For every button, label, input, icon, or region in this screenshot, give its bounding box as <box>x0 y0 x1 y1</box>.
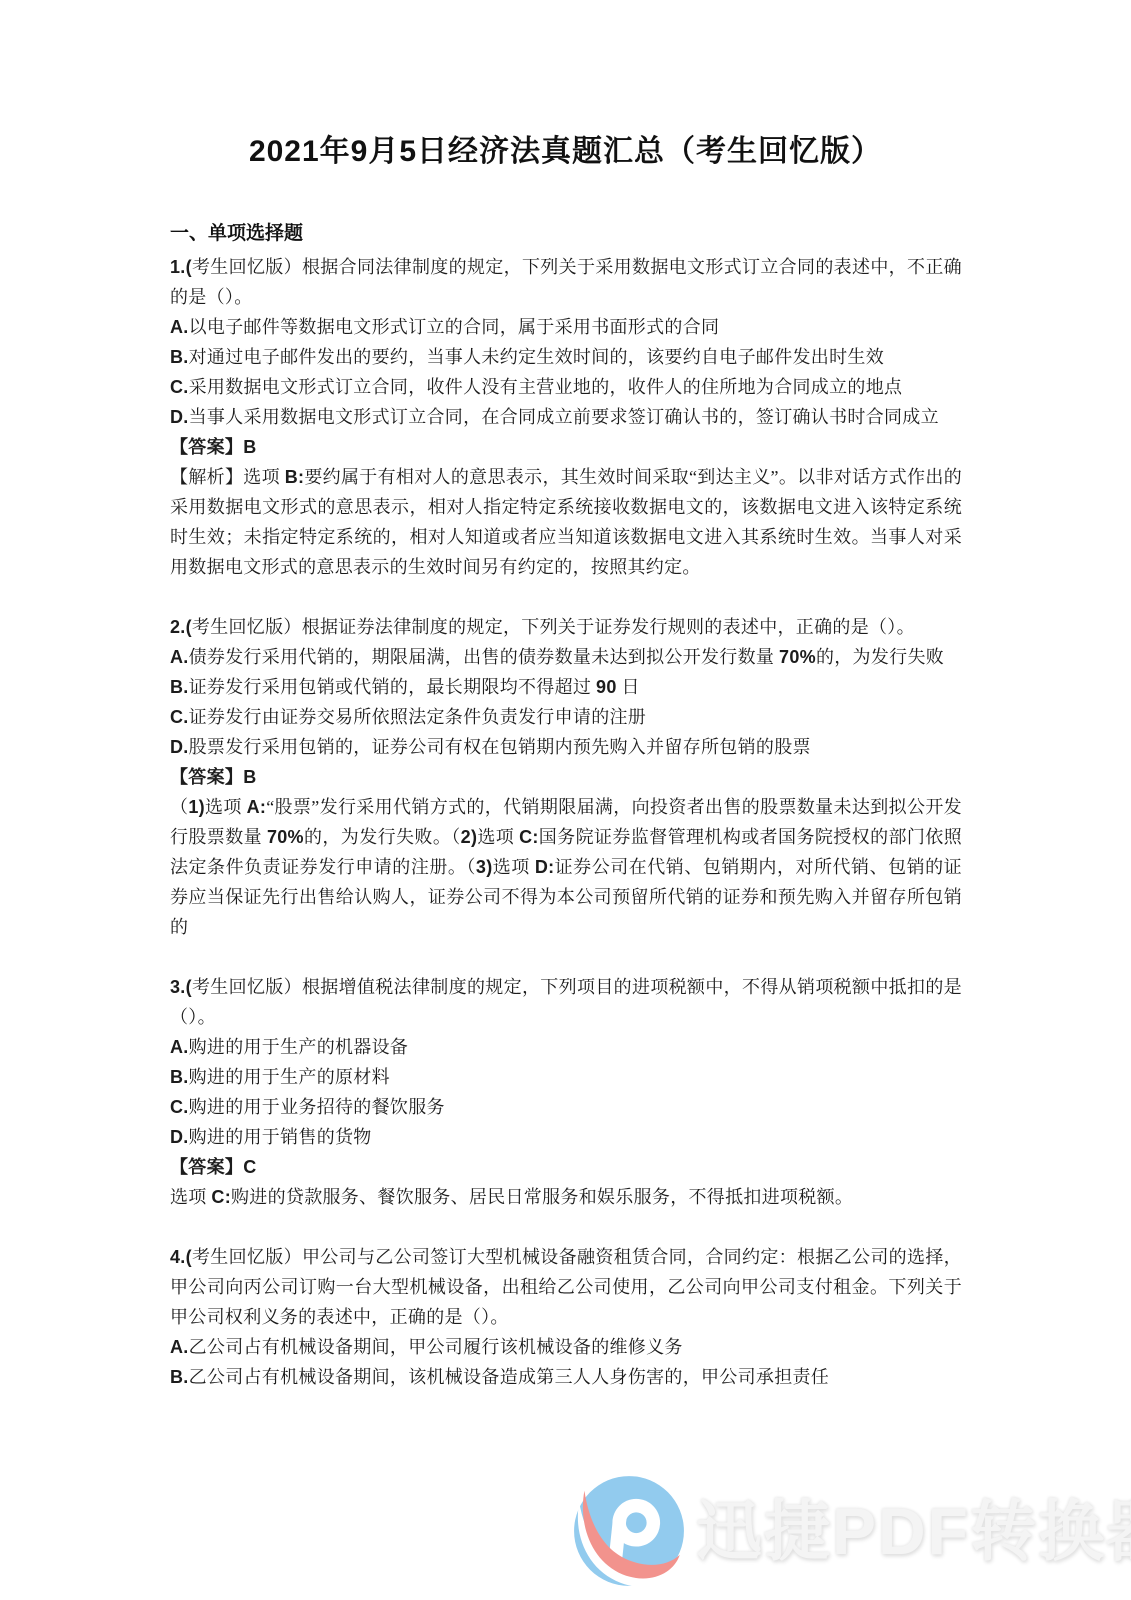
text-segment: A. <box>170 647 189 667</box>
question-3-option-c: C.购进的用于业务招待的餐饮服务 <box>170 1092 962 1122</box>
watermark: 迅捷PDF转换器 <box>572 1474 1131 1588</box>
question-4: 4.(考生回忆版）甲公司与乙公司签订大型机械设备融资租赁合同，合同约定：根据乙公… <box>170 1242 962 1392</box>
text-segment: 2) <box>461 827 478 847</box>
question-2-analysis: （1)选项 A:“股票”发行采用代销方式的，代销期限届满，向投资者出售的股票数量… <box>170 792 962 942</box>
text-segment: 【答案】B <box>170 767 257 787</box>
question-1-analysis: 【解析】选项 B:要约属于有相对人的意思表示，其生效时间采取“到达主义”。以非对… <box>170 462 962 582</box>
text-segment: 70% <box>779 647 816 667</box>
text-segment: 债券发行采用代销的，期限届满，出售的债券数量未达到拟公开发行数量 <box>189 647 779 667</box>
text-segment: 选项 <box>477 827 519 847</box>
text-segment: （ <box>170 797 188 817</box>
text-segment: 对通过电子邮件发出的要约，当事人未约定生效时间的，该要约自电子邮件发出时生效 <box>189 347 884 367</box>
question-4-option-b: B.乙公司占有机械设备期间，该机械设备造成第三人人身伤害的，甲公司承担责任 <box>170 1362 962 1392</box>
text-segment: 证券发行采用包销或代销的，最长期限均不得超过 <box>189 677 596 697</box>
text-segment: 的，为发行失败。（ <box>304 827 461 847</box>
question-1-answer: 【答案】B <box>170 432 962 462</box>
text-segment: 70% <box>267 827 304 847</box>
question-3-answer: 【答案】C <box>170 1152 962 1182</box>
text-segment: 购进的用于销售的货物 <box>189 1127 372 1147</box>
question-1-option-a: A.以电子邮件等数据电文形式订立的合同，属于采用书面形式的合同 <box>170 312 962 342</box>
question-3-option-d: D.购进的用于销售的货物 <box>170 1122 962 1152</box>
text-segment: 购进的用于生产的原材料 <box>189 1067 390 1087</box>
question-1-stem: 1.(考生回忆版）根据合同法律制度的规定，下列关于采用数据电文形式订立合同的表述… <box>170 252 962 312</box>
text-segment: C. <box>170 377 189 397</box>
text-segment: 1) <box>188 797 205 817</box>
text-segment: D. <box>170 1127 189 1147</box>
text-segment: D: <box>535 857 555 877</box>
text-segment: 股票发行采用包销的，证券公司有权在包销期内预先购入并留存所包销的股票 <box>189 737 811 757</box>
question-4-option-a: A.乙公司占有机械设备期间，甲公司履行该机械设备的维修义务 <box>170 1332 962 1362</box>
text-segment: C: <box>211 1187 231 1207</box>
text-segment: 以电子邮件等数据电文形式订立的合同，属于采用书面形式的合同 <box>189 317 720 337</box>
text-segment: 证券发行由证券交易所依照法定条件负责发行申请的注册 <box>189 707 647 727</box>
text-segment: 1.( <box>170 257 192 277</box>
text-segment: 购进的用于业务招待的餐饮服务 <box>189 1097 445 1117</box>
text-segment: 选项 <box>205 797 247 817</box>
text-segment: 的，为发行失败 <box>816 647 944 667</box>
question-4-stem: 4.(考生回忆版）甲公司与乙公司签订大型机械设备融资租赁合同，合同约定：根据乙公… <box>170 1242 962 1332</box>
text-segment: B. <box>170 677 189 697</box>
question-1-option-c: C.采用数据电文形式订立合同，收件人没有主营业地的，收件人的住所地为合同成立的地… <box>170 372 962 402</box>
text-segment: 乙公司占有机械设备期间，该机械设备造成第三人人身伤害的，甲公司承担责任 <box>189 1367 830 1387</box>
text-segment: A. <box>170 317 189 337</box>
text-segment: A. <box>170 1337 189 1357</box>
text-segment: C. <box>170 1097 189 1117</box>
text-segment: B: <box>285 467 305 487</box>
question-3-option-b: B.购进的用于生产的原材料 <box>170 1062 962 1092</box>
watermark-text: 迅捷PDF转换器 <box>696 1474 1131 1588</box>
text-segment: 购进的用于生产的机器设备 <box>189 1037 409 1057</box>
section-heading: 一、单项选择题 <box>0 222 1131 246</box>
question-1-option-d: D.当事人采用数据电文形式订立合同，在合同成立前要求签订确认书的，签订确认书时合… <box>170 402 962 432</box>
text-segment: D. <box>170 737 189 757</box>
text-segment: B. <box>170 347 189 367</box>
question-3-option-a: A.购进的用于生产的机器设备 <box>170 1032 962 1062</box>
question-1: 1.(考生回忆版）根据合同法律制度的规定，下列关于采用数据电文形式订立合同的表述… <box>170 252 962 582</box>
text-segment: B. <box>170 1067 189 1087</box>
text-segment: 选项 <box>170 1187 211 1207</box>
logo-letter-counter <box>626 1512 647 1533</box>
text-segment: 日 <box>617 677 640 697</box>
text-segment: 当事人采用数据电文形式订立合同，在合同成立前要求签订确认书的，签订确认书时合同成… <box>189 407 939 427</box>
document-page: 2021年9月5日经济法真题汇总（考生回忆版） 一、单项选择题 1.(考生回忆版… <box>0 0 1131 1600</box>
text-segment: C: <box>519 827 539 847</box>
text-segment: C. <box>170 707 189 727</box>
question-2-answer: 【答案】B <box>170 762 962 792</box>
question-3-analysis: 选项 C:购进的贷款服务、餐饮服务、居民日常服务和娱乐服务，不得抵扣进项税额。 <box>170 1182 962 1212</box>
question-2-option-a: A.债券发行采用代销的，期限届满，出售的债券数量未达到拟公开发行数量 70%的，… <box>170 642 962 672</box>
text-segment: 考生回忆版）根据证券法律制度的规定，下列关于证券发行规则的表述中，正确的是（）。 <box>192 617 915 637</box>
question-1-option-b: B.对通过电子邮件发出的要约，当事人未约定生效时间的，该要约自电子邮件发出时生效 <box>170 342 962 372</box>
page-title: 2021年9月5日经济法真题汇总（考生回忆版） <box>0 0 1131 170</box>
question-3-stem: 3.(考生回忆版）根据增值税法律制度的规定，下列项目的进项税额中，不得从销项税额… <box>170 972 962 1032</box>
text-segment: 【答案】C <box>170 1157 257 1177</box>
text-segment: 90 <box>596 677 617 697</box>
text-segment: 3.( <box>170 977 192 997</box>
text-segment: A. <box>170 1037 189 1057</box>
text-segment: 考生回忆版）根据增值税法律制度的规定，下列项目的进项税额中，不得从销项税额中抵扣… <box>170 977 962 1027</box>
text-segment: 【答案】B <box>170 437 257 457</box>
question-2-option-d: D.股票发行采用包销的，证券公司有权在包销期内预先购入并留存所包销的股票 <box>170 732 962 762</box>
question-2-option-c: C.证券发行由证券交易所依照法定条件负责发行申请的注册 <box>170 702 962 732</box>
question-3: 3.(考生回忆版）根据增值税法律制度的规定，下列项目的进项税额中，不得从销项税额… <box>170 972 962 1212</box>
text-segment: 购进的贷款服务、餐饮服务、居民日常服务和娱乐服务，不得抵扣进项税额。 <box>231 1187 853 1207</box>
text-segment: 【解析】选项 <box>170 467 285 487</box>
text-segment: 4.( <box>170 1247 192 1267</box>
question-2-stem: 2.(考生回忆版）根据证券法律制度的规定，下列关于证券发行规则的表述中，正确的是… <box>170 612 962 642</box>
question-2-option-b: B.证券发行采用包销或代销的，最长期限均不得超过 90 日 <box>170 672 962 702</box>
text-segment: 采用数据电文形式订立合同，收件人没有主营业地的，收件人的住所地为合同成立的地点 <box>189 377 903 397</box>
text-segment: B. <box>170 1367 189 1387</box>
text-segment: D. <box>170 407 189 427</box>
pdf-converter-logo-icon <box>572 1474 686 1588</box>
text-segment: 选项 <box>493 857 535 877</box>
text-segment: 2.( <box>170 617 192 637</box>
question-2: 2.(考生回忆版）根据证券法律制度的规定，下列关于证券发行规则的表述中，正确的是… <box>170 612 962 942</box>
text-segment: 考生回忆版）甲公司与乙公司签订大型机械设备融资租赁合同，合同约定：根据乙公司的选… <box>170 1247 962 1327</box>
text-segment: 3) <box>476 857 493 877</box>
text-segment: 乙公司占有机械设备期间，甲公司履行该机械设备的维修义务 <box>189 1337 683 1357</box>
text-segment: A: <box>247 797 267 817</box>
text-segment: 考生回忆版）根据合同法律制度的规定，下列关于采用数据电文形式订立合同的表述中，不… <box>170 257 962 307</box>
questions-container: 1.(考生回忆版）根据合同法律制度的规定，下列关于采用数据电文形式订立合同的表述… <box>0 246 1131 1392</box>
